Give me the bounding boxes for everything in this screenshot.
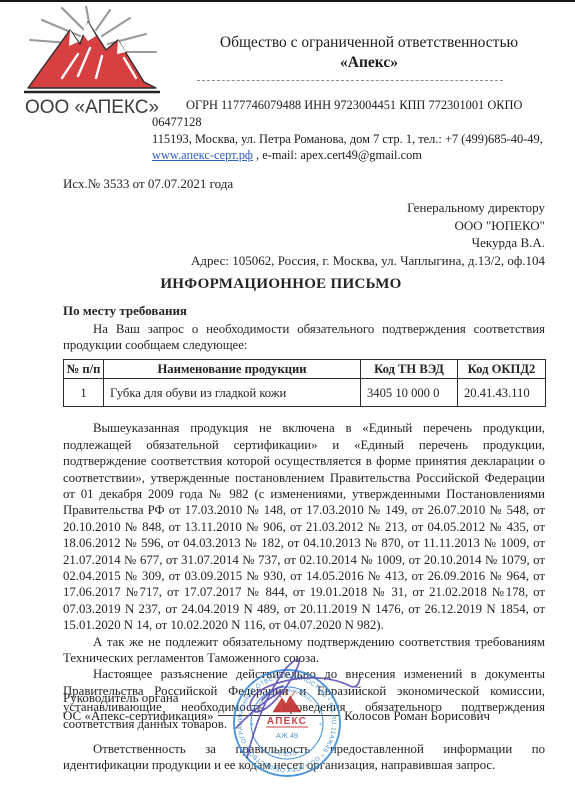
cell-tnved: 3405 10 000 0 [361,379,458,407]
paragraph-regulations: Вышеуказанная продукция не включена в «Е… [63,420,545,633]
cell-okpd2: 20.41.43.110 [458,379,546,407]
place-of-demand-note: По месту требования [63,303,187,319]
logo-caption: ООО «АПЕКС» [20,97,164,119]
company-logo: ООО «АПЕКС» [20,6,164,119]
table-header-row: № п/п Наименование продукции Код ТН ВЭД … [64,359,546,379]
intro-paragraph: На Ваш запрос о необходимости обязательн… [63,321,545,354]
company-full-name: Общество с ограниченной ответственностью [183,33,555,52]
letter-page: ООО «АПЕКС» Общество с ограниченной отве… [0,0,575,809]
col-header-okpd2: Код ОКПД2 [458,359,546,379]
signer-role-line2: ОС «Апекс-сертификация» [63,707,214,725]
letterhead-header: Общество с ограниченной ответственностью… [183,33,555,81]
signer-role-line1: Руководитель органа [63,689,214,707]
recipient-company: ООО "ЮПЕКО" [191,217,545,235]
recipient-address: Адрес: 105062, Россия, г. Москва, ул. Ча… [191,252,545,270]
web-email-line: www.апекс-серт.рф , e-mail: apex.cert49@… [152,147,554,164]
letterhead-contacts: ОГРН 1177746079488 ИНН 9723004451 КПП 77… [152,97,554,164]
product-table: № п/п Наименование продукции Код ТН ВЭД … [63,359,546,408]
stamp-star-left: * [251,723,254,729]
mountain-logo-icon [22,6,162,96]
letterhead-divider [197,80,503,81]
col-header-product: Наименование продукции [104,359,361,379]
recipient-block: Генеральному директору ООО "ЮПЕКО" Чекур… [191,199,545,270]
address-phone: 115193, Москва, ул. Петра Романова, дом … [152,131,554,148]
col-header-tnved: Код ТН ВЭД [361,359,458,379]
signer-role: Руководитель органа ОС «Апекс-сертификац… [63,689,214,724]
signer-name: Колосов Роман Борисович [344,707,545,725]
website-link[interactable]: www.апекс-серт.рф [152,148,253,162]
company-stamp: ОБЩЕСТВО С ОГРАНИЧЕННОЙ ОТВЕТСТВЕННОСТЬЮ… [231,667,343,779]
recipient-person: Чекурда В.А. [191,234,545,252]
registration-codes: ОГРН 1177746079488 ИНН 9723004451 КПП 77… [152,97,554,131]
stamp-center-name: АПЕКС [267,716,307,727]
col-header-num: № п/п [64,359,104,379]
recipient-position: Генеральному директору [191,199,545,217]
table-row: 1 Губка для обуви из гладкой кожи 3405 1… [64,379,546,407]
stamp-inner-bottom-text: «АПЕКС» [272,749,303,758]
stamp-center-code: АЖ 49 [276,731,298,740]
svg-text:«АПЕКС»: «АПЕКС» [272,749,303,758]
cell-num: 1 [64,379,104,407]
stamp-star-right: * [319,723,322,729]
scan-artifact-line [0,0,575,2]
outgoing-ref-line: Исх.№ 3533 от 07.07.2021 года [63,176,233,192]
document-title: ИНФОРМАЦИОННОЕ ПИСЬМО [0,276,562,293]
paragraph-customs-union: А так же не подлежит обязательному подтв… [63,634,545,667]
email-text: , e-mail: apex.cert49@gmail.com [253,148,422,162]
cell-product: Губка для обуви из гладкой кожи [104,379,361,407]
company-short-name: «Апекс» [183,53,555,72]
